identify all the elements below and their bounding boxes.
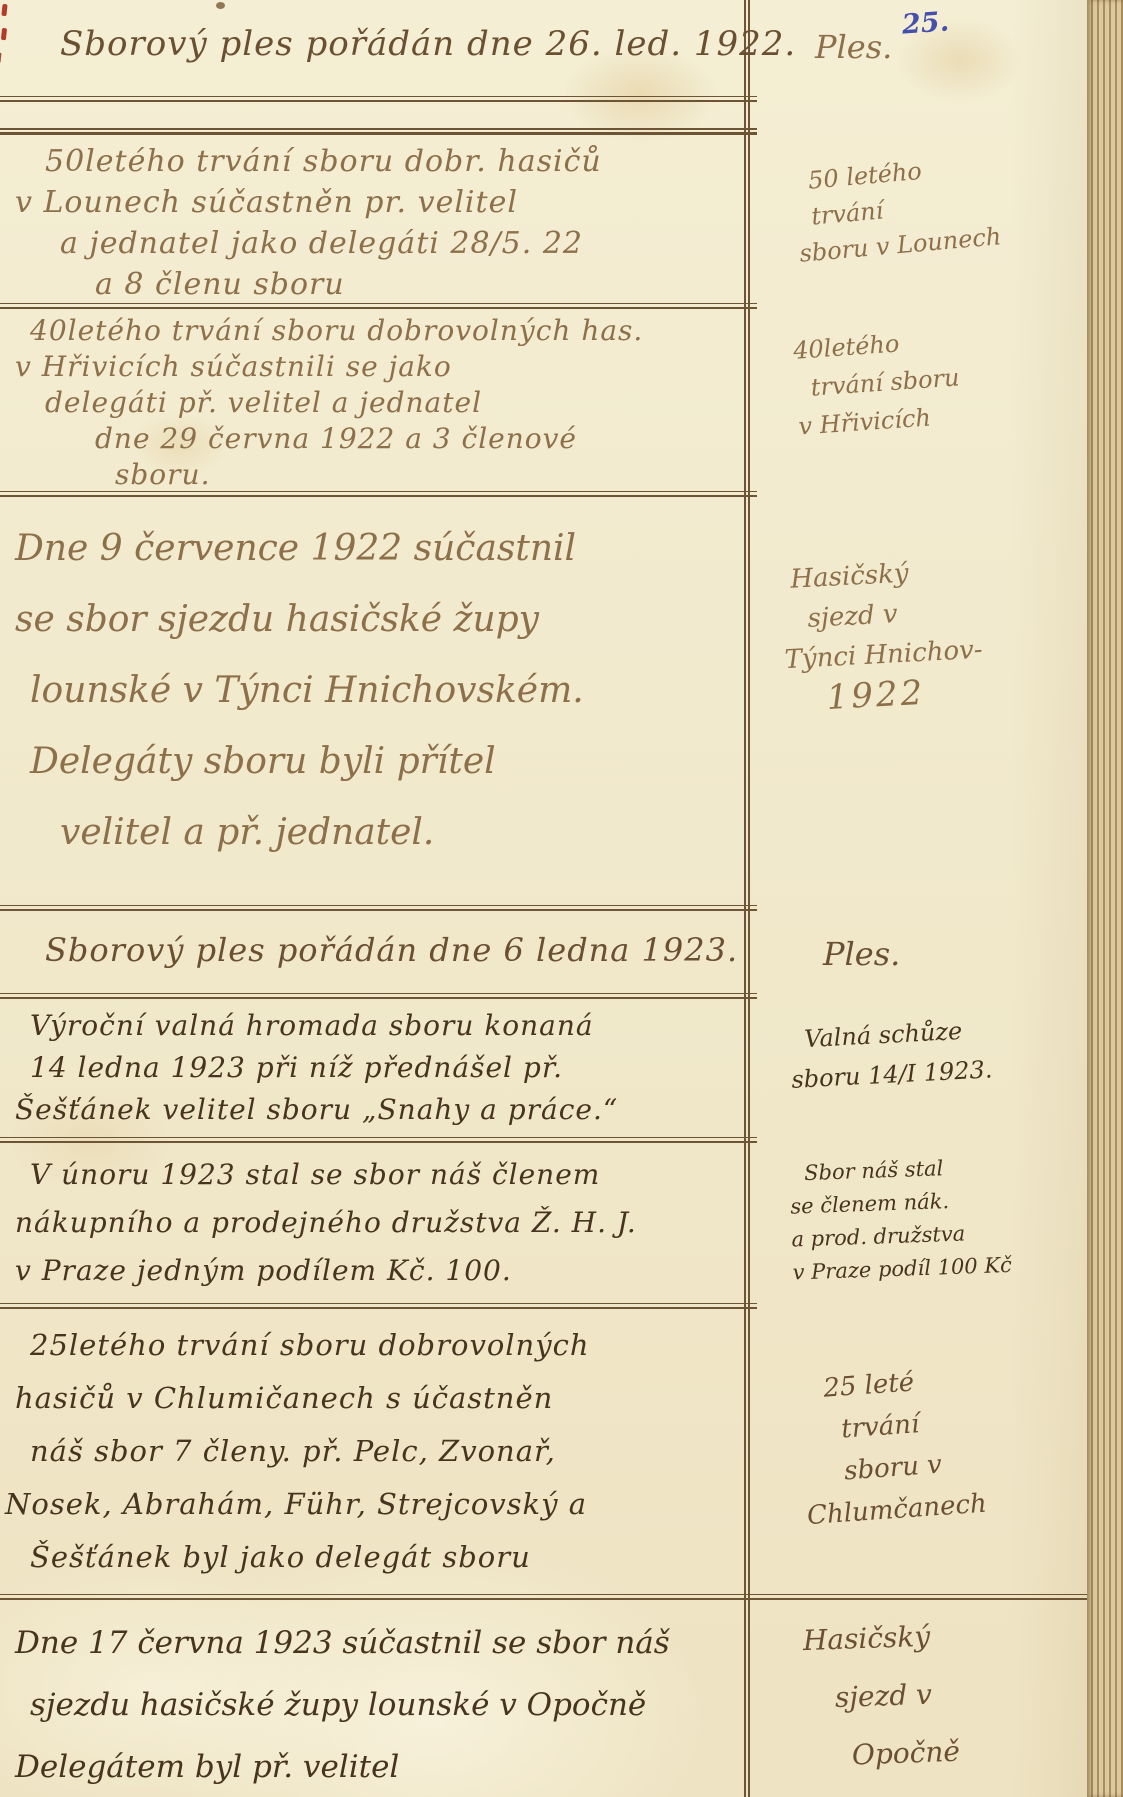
handwritten-line: Delegátem byl př. velitel [15, 1736, 745, 1797]
chronicle-entry: Sborový ples pořádán dne 6 ledna 1923. P… [0, 911, 1087, 993]
handwritten-line: Dne 9 července 1922 súčastnil [15, 513, 745, 584]
entry-body: Sborový ples pořádán dne 26. led. 1922. [0, 0, 745, 96]
handwritten-line: Opočně [851, 1718, 1090, 1784]
chronicle-entry: Výroční valná hromada sboru konaná 14 le… [0, 999, 1087, 1137]
entry-body: V únoru 1923 stal se sbor náš členem nák… [0, 1143, 745, 1303]
entry-margin-note: Ples. [757, 911, 1087, 993]
entry-body: Dne 17 června 1923 súčastnil se sbor náš… [0, 1600, 745, 1797]
entry-margin-note: Hasičský sjezd v Týnci Hnichov- 1922 [747, 489, 1098, 914]
handwritten-line: Sborový ples pořádán dne 26. led. 1922. [60, 24, 745, 64]
handwritten-line: Výroční valná hromada sboru konaná [30, 1005, 745, 1047]
entry-body: 25letého trvání sboru dobrovolných hasič… [0, 1309, 745, 1594]
handwritten-line: v Lounech súčastněn pr. velitel [15, 182, 745, 223]
entry-margin-note: 40letého trvání sboru v Hřivicích [751, 298, 1093, 503]
handwritten-line: Ples. [815, 28, 1087, 66]
handwritten-line: Dne 17 června 1923 súčastnil se sbor náš [15, 1612, 745, 1674]
handwritten-line: velitel a př. jednatel. [60, 797, 745, 868]
chronicle-entry: 25letého trvání sboru dobrovolných hasič… [0, 1309, 1087, 1594]
handwritten-line: Šešťánek velitel sboru „Snahy a práce.“ [15, 1089, 745, 1131]
entry-margin-note: Hasičský sjezd v Opočně [754, 1594, 1091, 1797]
handwritten-line: hasičů v Chlumičanech s účastněn [15, 1372, 745, 1425]
handwritten-line: a 8 členu sboru [95, 264, 745, 305]
handwritten-line: 50letého trvání sboru dobr. hasičů [45, 141, 745, 182]
handwritten-line: v Praze jedným podílem Kč. 100. [15, 1247, 745, 1295]
book-fore-edge [1087, 0, 1123, 1797]
handwritten-line: 14 ledna 1923 při níž přednášel př. [30, 1047, 745, 1089]
handwritten-line: Ples. [823, 935, 1087, 973]
entry-margin-note: 25 leté trvání sboru v Chlumčanech [747, 1298, 1096, 1605]
entry-body: Dne 9 července 1922 súčastnil se sbor sj… [0, 497, 745, 905]
handwritten-line: náš sbor 7 členy. př. Pelc, Zvonař, [30, 1425, 745, 1478]
handwritten-line: lounské v Týnci Hnichovském. [30, 655, 745, 726]
handwritten-line: Šešťánek byl jako delegát sboru [30, 1531, 745, 1584]
handwritten-line: Hasičský [802, 1602, 1086, 1670]
handwritten-line: a jednatel jako delegáti 28/5. 22 [60, 223, 745, 264]
handwritten-line: sjezdu hasičské župy lounské v Opočně [30, 1674, 745, 1736]
ruled-separator [0, 128, 757, 135]
handwritten-line: sboru. [115, 457, 745, 493]
chronicle-entry: 40letého trvání sboru dobrovolných has. … [0, 309, 1087, 491]
handwritten-line: sjezd v [834, 1660, 1088, 1727]
entry-body: 40letého trvání sboru dobrovolných has. … [0, 309, 745, 491]
entry-body: Sborový ples pořádán dne 6 ledna 1923. [0, 911, 745, 993]
entry-margin-note: 50 letého trvání sboru v Lounech [750, 121, 1093, 317]
entry-body: Výroční valná hromada sboru konaná 14 le… [0, 999, 745, 1137]
handwritten-line: Delegáty sboru byli přítel [30, 726, 745, 797]
page-number: 25. [901, 6, 950, 40]
handwritten-line: Nosek, Abrahám, Führ, Strejcovský a [5, 1478, 745, 1531]
chronicle-scanned-page: Sborový ples pořádán dne 26. led. 1922. … [0, 0, 1123, 1797]
handwritten-line: v Hřivicích súčastnili se jako [15, 349, 745, 385]
handwritten-line: 25letého trvání sboru dobrovolných [30, 1319, 745, 1372]
handwritten-line: se sbor sjezdu hasičské župy [15, 584, 745, 655]
ruled-gap [0, 102, 1087, 128]
handwritten-line: V únoru 1923 stal se sbor náš členem [30, 1151, 745, 1199]
chronicle-entry: 50letého trvání sboru dobr. hasičů v Lou… [0, 135, 1087, 303]
entry-margin-note: Sbor náš stal se členem nák. a prod. dru… [754, 1137, 1089, 1308]
chronicle-entry: Dne 9 července 1922 súčastnil se sbor sj… [0, 497, 1087, 905]
handwritten-line: Sborový ples pořádán dne 6 ledna 1923. [45, 931, 745, 969]
chronicle-entry: Dne 17 června 1923 súčastnil se sbor náš… [0, 1600, 1087, 1797]
entries-list: Sborový ples pořádán dne 26. led. 1922. … [0, 0, 1087, 1797]
entry-margin-note: Valná schůze sboru 14/I 1923. [754, 990, 1091, 1145]
chronicle-entry: V únoru 1923 stal se sbor náš členem nák… [0, 1143, 1087, 1303]
handwritten-line: nákupního a prodejného družstva Ž. H. J. [15, 1199, 745, 1247]
handwritten-line: 40letého trvání sboru dobrovolných has. [30, 313, 745, 349]
handwritten-line: dne 29 června 1922 a 3 členové [95, 421, 745, 457]
entry-body: 50letého trvání sboru dobr. hasičů v Lou… [0, 135, 745, 303]
handwritten-line: delegáti př. velitel a jednatel [45, 385, 745, 421]
